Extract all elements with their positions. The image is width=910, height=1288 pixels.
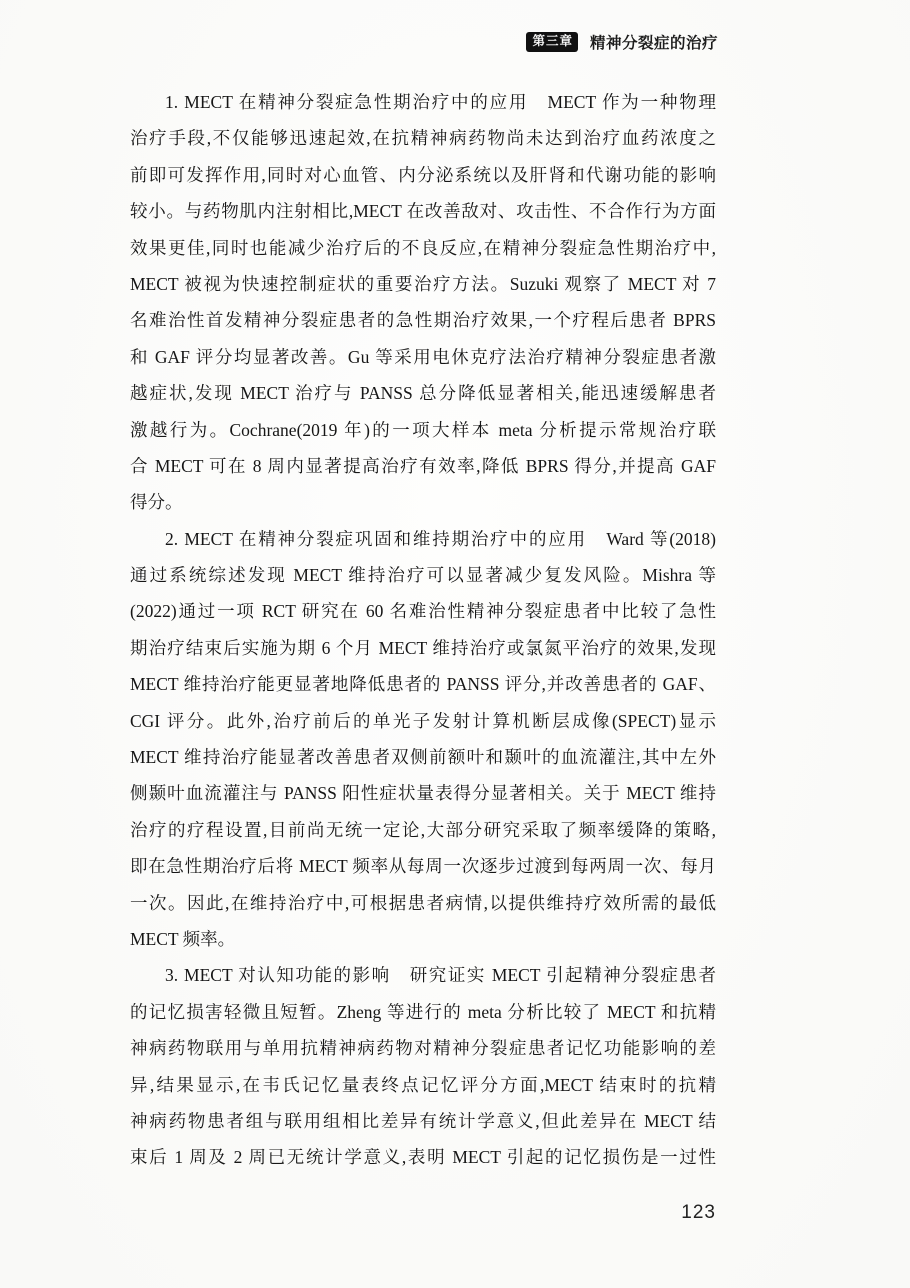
- text-line: CGI 评分。此外,治疗前后的单光子发射计算机断层成像(SPECT)显示: [130, 703, 716, 739]
- text-line: 较小。与药物肌内注射相比,MECT 在改善敌对、攻击性、不合作行为方面: [130, 193, 716, 229]
- text-line: 即在急性期治疗后将 MECT 频率从每周一次逐步过渡到每两周一次、每月: [130, 848, 716, 884]
- chapter-badge: 第三章: [526, 32, 578, 52]
- text-line: MECT 维持治疗能显著改善患者双侧前额叶和颞叶的血流灌注,其中左外: [130, 739, 716, 775]
- text-line: 侧颞叶血流灌注与 PANSS 阳性症状量表得分显著相关。关于 MECT 维持: [130, 775, 716, 811]
- text-line: 3. MECT 对认知功能的影响 研究证实 MECT 引起精神分裂症患者: [130, 957, 716, 993]
- text-line: (2022)通过一项 RCT 研究在 60 名难治性精神分裂症患者中比较了急性: [130, 593, 716, 629]
- book-page: 第三章 精神分裂症的治疗 1. MECT 在精神分裂症急性期治疗中的应用 MEC…: [0, 0, 910, 1288]
- text-line: 通过系统综述发现 MECT 维持治疗可以显著减少复发风险。Mishra 等: [130, 557, 716, 593]
- text-line: 异,结果显示,在韦氏记忆量表终点记忆评分方面,MECT 结束时的抗精: [130, 1067, 716, 1103]
- page-number: 123: [681, 1202, 716, 1224]
- text-line: 的记忆损害轻微且短暂。Zheng 等进行的 meta 分析比较了 MECT 和抗…: [130, 994, 716, 1030]
- text-line: 1. MECT 在精神分裂症急性期治疗中的应用 MECT 作为一种物理: [130, 84, 716, 120]
- text-line: 效果更佳,同时也能减少治疗后的不良反应,在精神分裂症急性期治疗中,: [130, 230, 716, 266]
- text-line: MECT 被视为快速控制症状的重要治疗方法。Suzuki 观察了 MECT 对 …: [130, 266, 716, 302]
- text-line: 名难治性首发精神分裂症患者的急性期治疗效果,一个疗程后患者 BPRS: [130, 302, 716, 338]
- text-line: 神病药物患者组与联用组相比差异有统计学意义,但此差异在 MECT 结: [130, 1103, 716, 1139]
- text-line: 越症状,发现 MECT 治疗与 PANSS 总分降低显著相关,能迅速缓解患者: [130, 375, 716, 411]
- text-line: 得分。: [130, 484, 716, 520]
- text-line: 束后 1 周及 2 周已无统计学意义,表明 MECT 引起的记忆损伤是一过性: [130, 1139, 716, 1175]
- text-line: 和 GAF 评分均显著改善。Gu 等采用电休克疗法治疗精神分裂症患者激: [130, 339, 716, 375]
- running-header: 第三章 精神分裂症的治疗: [526, 31, 718, 53]
- text-line: 期治疗结束后实施为期 6 个月 MECT 维持治疗或氯氮平治疗的效果,发现: [130, 630, 716, 666]
- text-line: 一次。因此,在维持治疗中,可根据患者病情,以提供维持疗效所需的最低: [130, 885, 716, 921]
- text-line: 治疗的疗程设置,目前尚无统一定论,大部分研究采取了频率缓降的策略,: [130, 812, 716, 848]
- chapter-title: 精神分裂症的治疗: [590, 31, 718, 53]
- text-line: 合 MECT 可在 8 周内显著提高治疗有效率,降低 BPRS 得分,并提高 G…: [130, 448, 716, 484]
- body-text: 1. MECT 在精神分裂症急性期治疗中的应用 MECT 作为一种物理治疗手段,…: [130, 84, 716, 1176]
- text-line: MECT 维持治疗能更显著地降低患者的 PANSS 评分,并改善患者的 GAF、: [130, 666, 716, 702]
- text-line: MECT 频率。: [130, 921, 716, 957]
- text-line: 前即可发挥作用,同时对心血管、内分泌系统以及肝肾和代谢功能的影响: [130, 157, 716, 193]
- text-line: 激越行为。Cochrane(2019 年)的一项大样本 meta 分析提示常规治…: [130, 412, 716, 448]
- text-line: 2. MECT 在精神分裂症巩固和维持期治疗中的应用 Ward 等(2018): [130, 521, 716, 557]
- text-line: 神病药物联用与单用抗精神病药物对精神分裂症患者记忆功能影响的差: [130, 1030, 716, 1066]
- text-line: 治疗手段,不仅能够迅速起效,在抗精神病药物尚未达到治疗血药浓度之: [130, 120, 716, 156]
